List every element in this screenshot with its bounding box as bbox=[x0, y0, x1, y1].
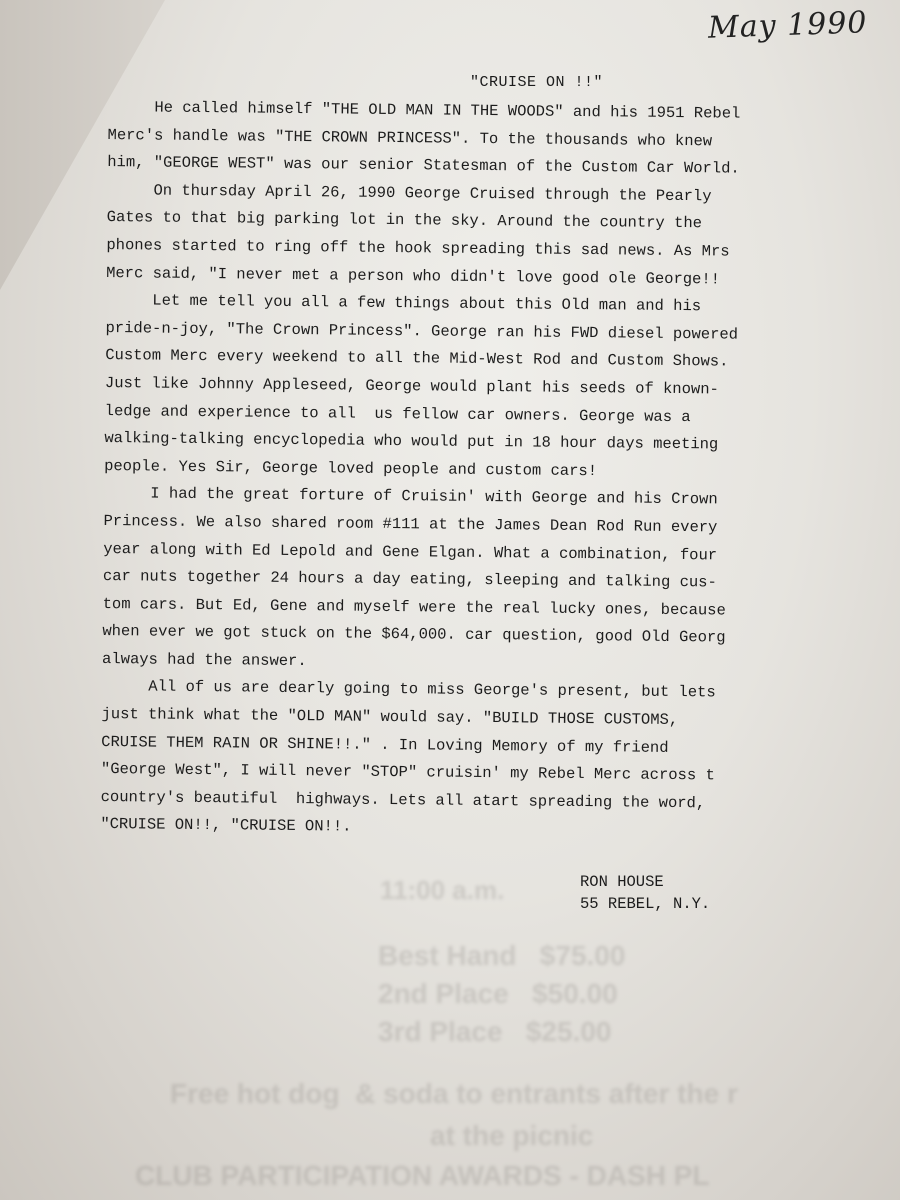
handwritten-date: May 1990 bbox=[707, 5, 868, 46]
signature-name: RON HOUSE bbox=[580, 871, 710, 893]
signature-block: RON HOUSE 55 REBEL, N.Y. bbox=[580, 871, 710, 915]
signature-location: 55 REBEL, N.Y. bbox=[580, 893, 710, 915]
bleed-through-text: 11:00 a.m. bbox=[380, 875, 504, 906]
bleed-through-text: at the picnic bbox=[430, 1120, 593, 1152]
bleed-through-text: 2nd Place $50.00 bbox=[378, 978, 618, 1010]
bleed-through-text: Free hot dog & soda to entrants after th… bbox=[170, 1078, 738, 1110]
bleed-through-text: 3rd Place $25.00 bbox=[378, 1016, 612, 1048]
letter-title: "CRUISE ON !!" bbox=[470, 74, 603, 91]
bleed-through-text: CLUB PARTICIPATION AWARDS - DASH PL bbox=[135, 1160, 710, 1192]
bleed-through-text: Best Hand $75.00 bbox=[378, 940, 625, 972]
letter-body: He called himself "THE OLD MAN IN THE WO… bbox=[100, 94, 900, 847]
typed-letter-page: 11:00 a.m. Best Hand $75.00 2nd Place $5… bbox=[0, 0, 900, 1200]
